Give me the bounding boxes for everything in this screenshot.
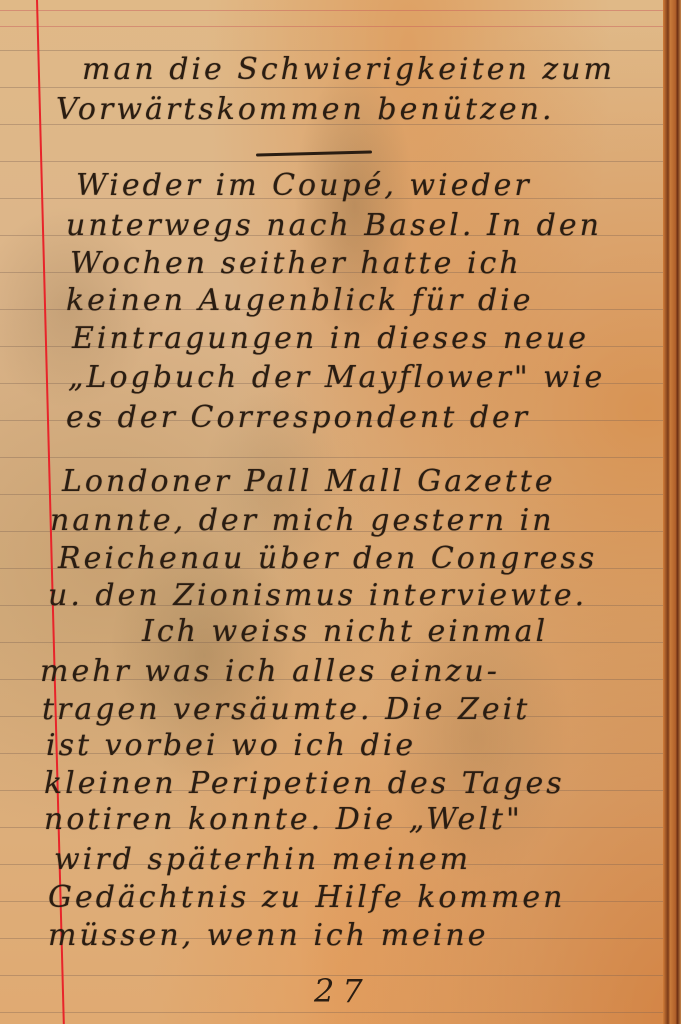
- text-line-21: Gedächtnis zu Hilfe kommen: [48, 880, 565, 915]
- text-line-2: Vorwärtskommen benützen.: [56, 92, 555, 127]
- text-line-12: Reichenau über den Congress: [58, 541, 597, 576]
- text-line-22: müssen, wenn ich meine: [48, 918, 488, 953]
- text-line-19: notiren konnte. Die „Welt": [44, 802, 523, 837]
- text-line-3: Wieder im Coupé, wieder: [76, 168, 532, 203]
- text-line-13: u. den Zionismus interviewte.: [48, 578, 587, 613]
- text-line-9: es der Correspondent der: [66, 400, 530, 435]
- text-line-10: Londoner Pall Mall Gazette: [62, 464, 556, 499]
- text-line-17: ist vorbei wo ich die: [46, 728, 416, 763]
- text-line-11: nannte, der mich gestern in: [50, 503, 555, 538]
- text-line-20: wird späterhin meinem: [54, 842, 471, 877]
- handwritten-text: man die Schwierigkeiten zum Vorwärtskomm…: [0, 0, 681, 1024]
- text-line-4: unterwegs nach Basel. In den: [66, 208, 602, 243]
- text-line-5: Wochen seither hatte ich: [70, 246, 522, 281]
- text-line-6: keinen Augenblick für die: [66, 283, 534, 318]
- diary-page: man die Schwierigkeiten zum Vorwärtskomm…: [0, 0, 681, 1024]
- text-line-14: Ich weiss nicht einmal: [142, 614, 548, 649]
- text-line-1: man die Schwierigkeiten zum: [82, 52, 615, 87]
- text-line-18: kleinen Peripetien des Tages: [44, 766, 565, 801]
- section-divider: [256, 150, 372, 156]
- page-number: 27: [314, 972, 371, 1010]
- text-line-15: mehr was ich alles einzu-: [40, 654, 500, 689]
- text-line-8: „Logbuch der Mayflower" wie: [68, 360, 605, 395]
- text-line-7: Eintragungen in dieses neue: [72, 321, 589, 356]
- text-line-16: tragen versäumte. Die Zeit: [42, 692, 530, 727]
